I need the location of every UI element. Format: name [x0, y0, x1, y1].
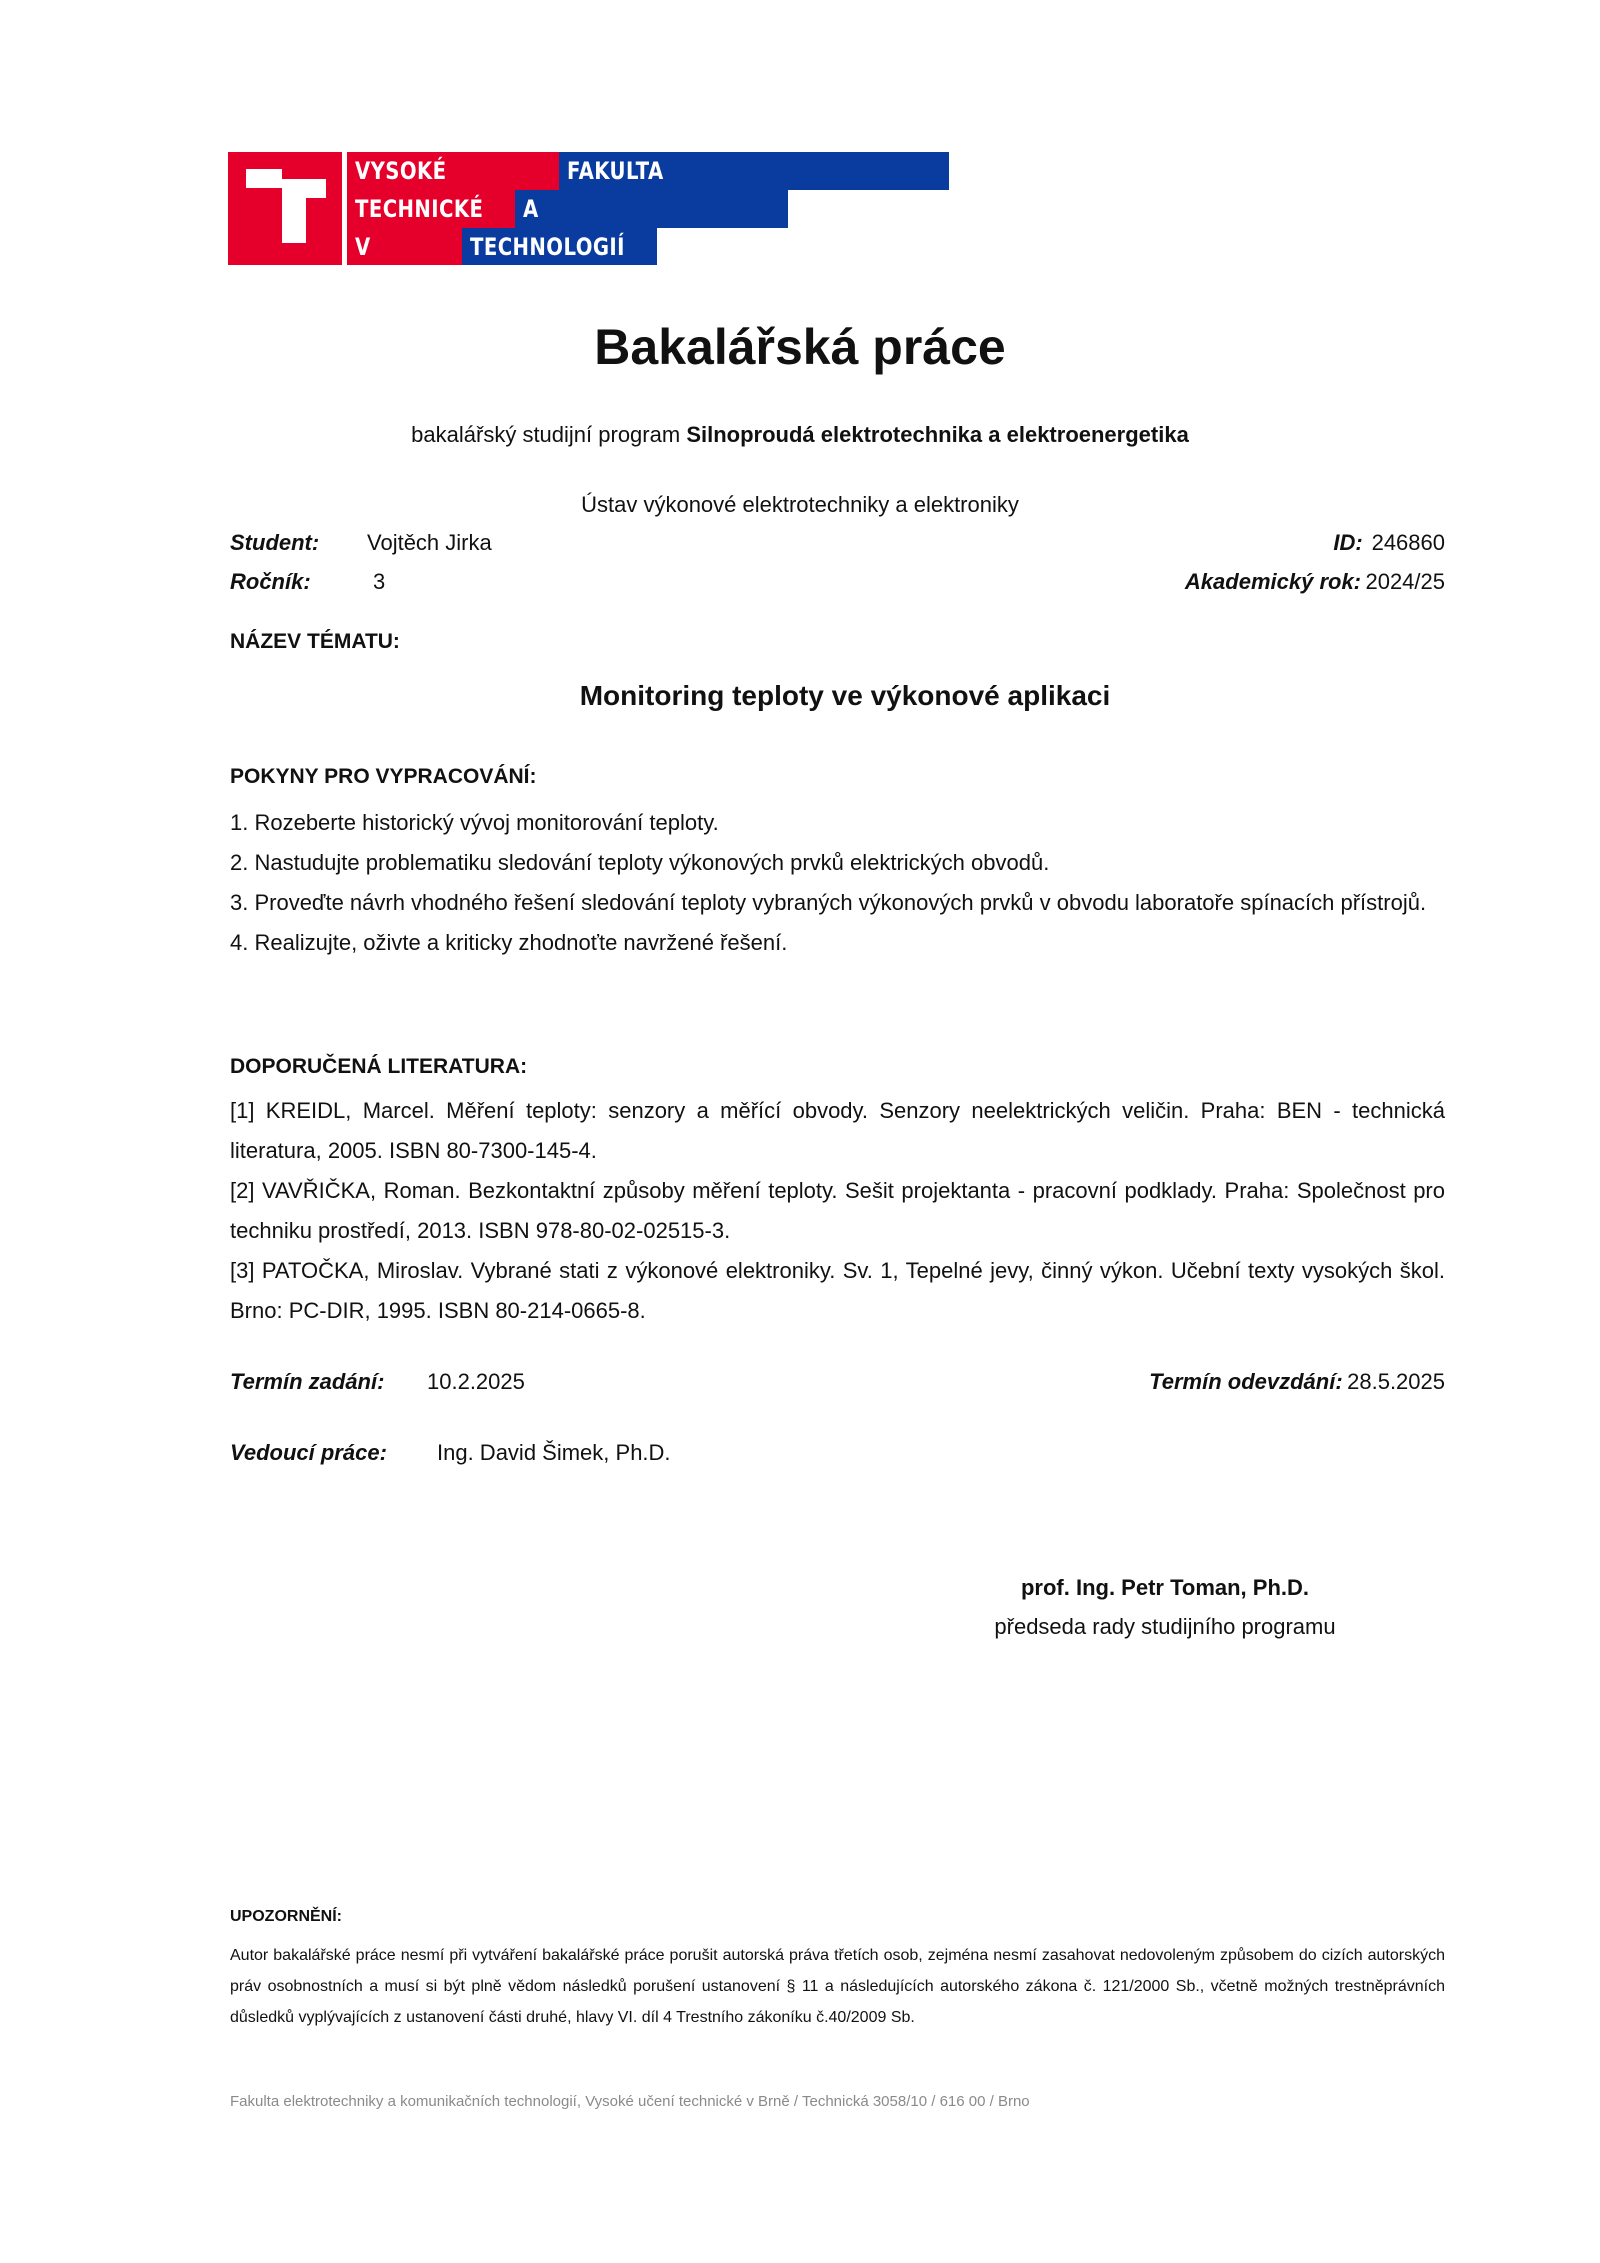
university-logo: VYSOKÉ UČENÍ FAKULTA ELEKTROTECHNIKY TEC…: [228, 152, 958, 266]
literature-item: [2] VAVŘIČKA, Roman. Bezkontaktní způsob…: [230, 1171, 1445, 1251]
supervisor-label: Vedoucí práce:: [230, 1440, 387, 1466]
instruction-item: 4. Realizujte, oživte a kriticky zhodnoť…: [230, 923, 1445, 963]
warning-text: Autor bakalářské práce nesmí při vytváře…: [230, 1940, 1445, 2033]
assigned-date-value: 10.2.2025: [427, 1369, 525, 1395]
literature-heading: DOPORUČENÁ LITERATURA:: [230, 1055, 527, 1079]
instructions-heading: POKYNY PRO VYPRACOVÁNÍ:: [230, 765, 537, 789]
instructions-list: 1. Rozeberte historický vývoj monitorová…: [230, 803, 1445, 963]
literature-item: [3] PATOČKA, Miroslav. Vybrané stati z v…: [230, 1251, 1445, 1331]
due-date-label: Termín odevzdání:: [1149, 1369, 1343, 1394]
id-label: ID:: [1333, 530, 1362, 555]
academic-year-label: Akademický rok:: [1185, 569, 1361, 594]
topic-heading: NÁZEV TÉMATU:: [230, 630, 400, 654]
topic-title: Monitoring teploty ve výkonové aplikaci: [0, 680, 1600, 712]
logo-row-3: V BRNĚ TECHNOLOGIÍ: [347, 228, 657, 265]
instruction-item: 3. Proveďte návrh vhodného řešení sledov…: [230, 883, 1445, 923]
academic-year: Akademický rok: 2024/25: [1185, 569, 1445, 595]
instruction-item: 2. Nastudujte problematiku sledování tep…: [230, 843, 1445, 883]
literature-item: [1] KREIDL, Marcel. Měření teploty: senz…: [230, 1091, 1445, 1171]
study-program: bakalářský studijní program Silnoproudá …: [0, 422, 1600, 448]
study-program-prefix: bakalářský studijní program: [411, 422, 680, 447]
logo-text-university-2: TECHNICKÉ: [355, 190, 483, 228]
year-value: 3: [373, 569, 385, 595]
due-date-value: 28.5.2025: [1347, 1369, 1445, 1394]
student-id: ID: 246860: [1333, 530, 1445, 556]
program-chair-role: předseda rady studijního programu: [970, 1614, 1360, 1640]
due-date: Termín odevzdání: 28.5.2025: [1149, 1369, 1445, 1395]
logo-text-university-3: V BRNĚ: [355, 228, 436, 304]
student-name: Vojtěch Jirka: [367, 530, 492, 556]
logo-row-1: VYSOKÉ UČENÍ FAKULTA ELEKTROTECHNIKY: [347, 152, 949, 190]
supervisor-name: Ing. David Šimek, Ph.D.: [437, 1440, 671, 1466]
logo-row-2: TECHNICKÉ A KOMUNIKAČNÍCH: [347, 190, 788, 228]
literature-list: [1] KREIDL, Marcel. Měření teploty: senz…: [230, 1091, 1445, 1331]
logo-text-faculty-3: TECHNOLOGIÍ: [470, 228, 625, 266]
id-value: 246860: [1372, 530, 1445, 555]
document-title: Bakalářská práce: [0, 318, 1600, 376]
program-chair-name: prof. Ing. Petr Toman, Ph.D.: [1005, 1575, 1325, 1601]
vut-t-icon: [228, 152, 342, 265]
institute: Ústav výkonové elektrotechniky a elektro…: [0, 492, 1600, 518]
year-label: Ročník:: [230, 569, 311, 595]
footer-address: Fakulta elektrotechniky a komunikačních …: [230, 2093, 1030, 2110]
instruction-item: 1. Rozeberte historický vývoj monitorová…: [230, 803, 1445, 843]
study-program-name: Silnoproudá elektrotechnika a elektroene…: [686, 422, 1189, 447]
warning-heading: UPOZORNĚNÍ:: [230, 1908, 342, 1926]
student-label: Student:: [230, 530, 319, 556]
academic-year-value: 2024/25: [1365, 569, 1445, 594]
assigned-date-label: Termín zadání:: [230, 1369, 384, 1395]
